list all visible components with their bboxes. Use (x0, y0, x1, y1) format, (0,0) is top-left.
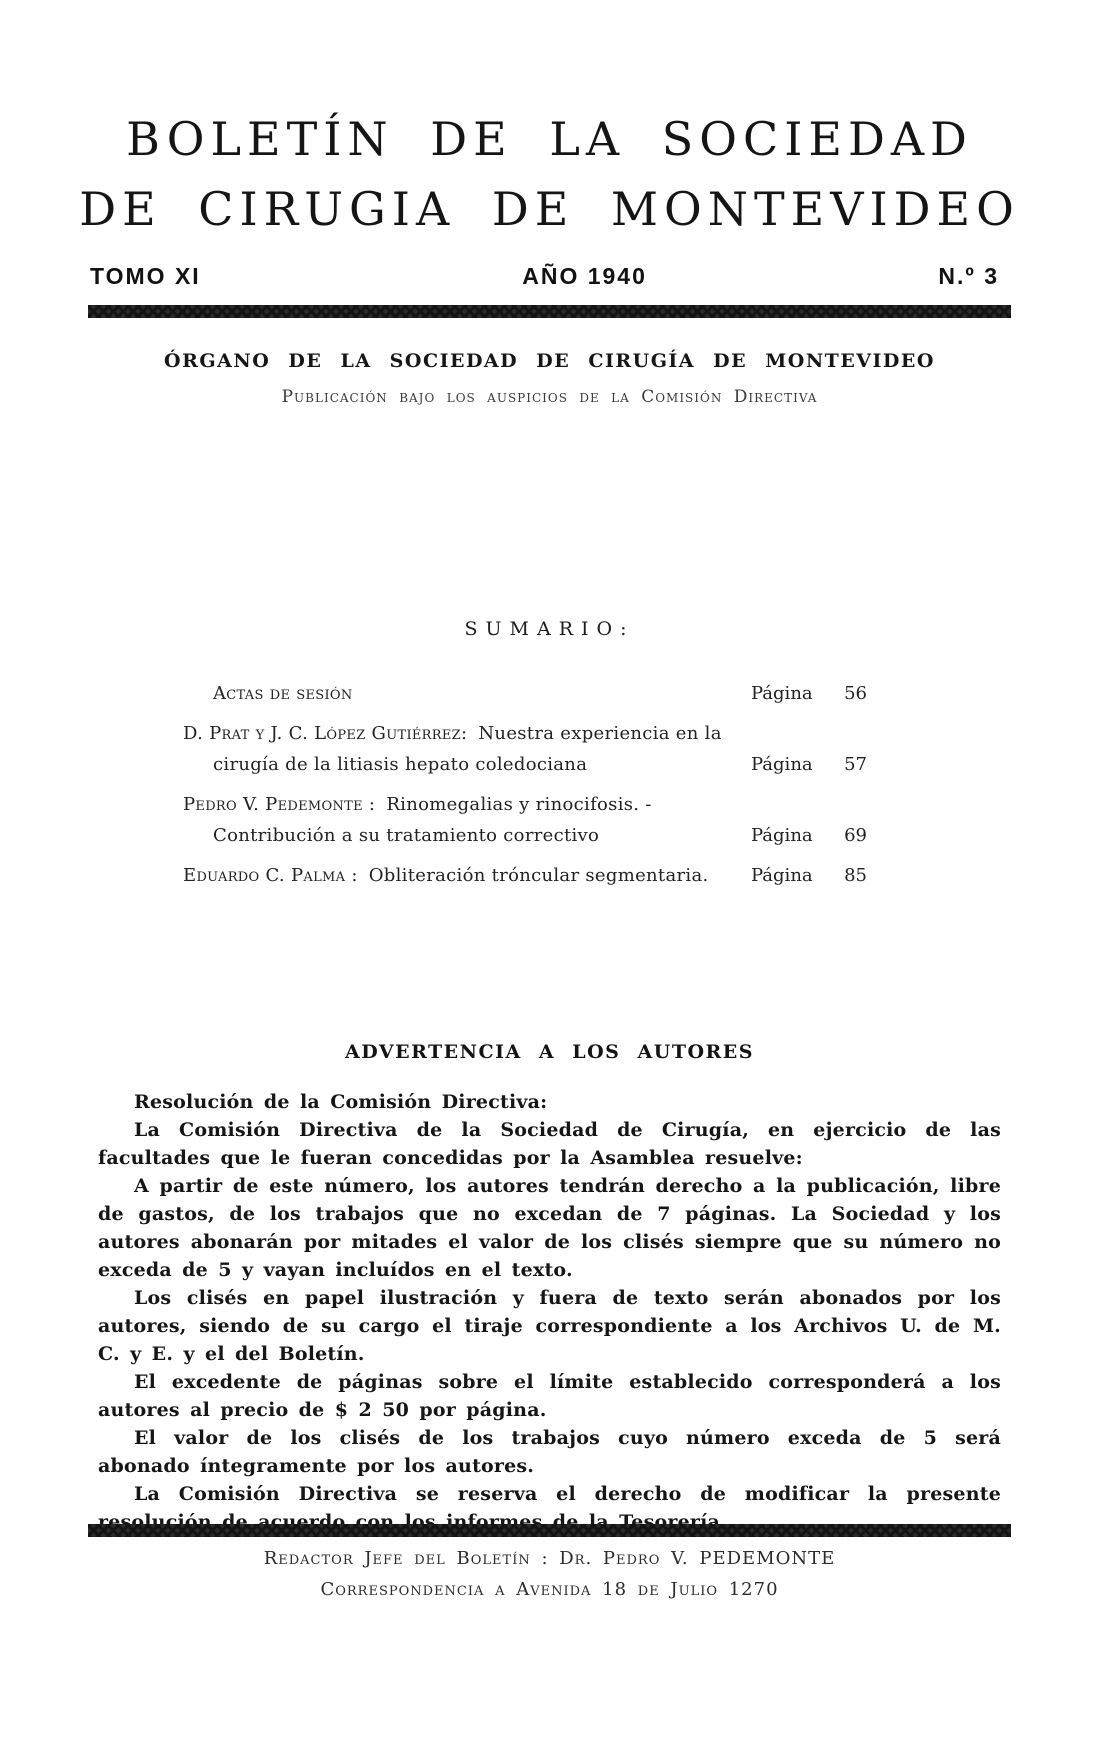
braided-rule-top (88, 305, 1011, 318)
toc-page-label: Página (751, 749, 813, 780)
toc-entry: Actas de sesión Página 56 (183, 678, 867, 709)
toc-entry: D. Prat y J. C. López Gutiérrez: Nuestra… (183, 718, 867, 780)
toc-page-ref: Página 57 (751, 749, 867, 780)
toc-entry-author: Pedro V. Pedemonte : (183, 794, 375, 815)
toc-page-label: Página (751, 678, 813, 709)
table-of-contents: Actas de sesión Página 56 D. Prat y J. C… (183, 678, 867, 900)
toc-page-label: Página (751, 820, 813, 851)
advertencia-paragraph: El valor de los clisés de los trabajos c… (98, 1424, 1001, 1480)
year-label: AÑO 1940 (492, 263, 647, 290)
toc-entry-text: Eduardo C. Palma : Obliteración tróncula… (183, 860, 751, 891)
toc-page-number: 85 (844, 860, 867, 891)
toc-page-label: Página (751, 860, 813, 891)
advertencia-paragraph: A partir de este número, los autores ten… (98, 1172, 1001, 1284)
toc-page-number: 69 (844, 820, 867, 851)
advertencia-paragraph: Los clisés en papel ilustración y fuera … (98, 1284, 1001, 1368)
advertencia-paragraph: El excedente de páginas sobre el límite … (98, 1368, 1001, 1424)
toc-page-ref: Página 56 (751, 678, 867, 709)
issue-meta-row: TOMO XI AÑO 1940 N.º 3 (90, 263, 999, 290)
toc-page-number: 56 (844, 678, 867, 709)
toc-entry-title: Obliteración tróncular segmentaria. (369, 865, 709, 886)
toc-page-ref: Página 69 (751, 820, 867, 851)
journal-cover-page: BOLETÍN DE LA SOCIEDAD DE CIRUGIA DE MON… (0, 0, 1099, 1761)
toc-entry: Eduardo C. Palma : Obliteración tróncula… (183, 860, 867, 891)
sumario-heading: SUMARIO: (0, 618, 1099, 640)
toc-entry-author: D. Prat y J. C. López Gutiérrez: (183, 723, 467, 744)
toc-entry-author: Eduardo C. Palma : (183, 865, 358, 886)
footer-address-line: Correspondencia a Avenida 18 de Julio 12… (0, 1579, 1099, 1600)
advertencia-body: Resolución de la Comisión Directiva: La … (98, 1088, 1001, 1536)
footer-editor-line: Redactor Jefe del Boletín : Dr. Pedro V.… (0, 1548, 1099, 1569)
organ-line: ÓRGANO DE LA SOCIEDAD DE CIRUGÍA DE MONT… (0, 350, 1099, 372)
toc-entry-text: Actas de sesión (183, 678, 751, 709)
advertencia-paragraph: La Comisión Directiva de la Sociedad de … (98, 1116, 1001, 1172)
journal-title-line2: DE CIRUGIA DE MONTEVIDEO (0, 174, 1099, 244)
toc-entry-text: Pedro V. Pedemonte : Rinomegalias y rino… (183, 789, 751, 851)
toc-entry: Pedro V. Pedemonte : Rinomegalias y rino… (183, 789, 867, 851)
journal-title-line1: BOLETÍN DE LA SOCIEDAD (0, 104, 1099, 174)
issue-number-label: N.º 3 (938, 263, 999, 290)
toc-page-ref: Página 85 (751, 860, 867, 891)
toc-entry-text: D. Prat y J. C. López Gutiérrez: Nuestra… (183, 718, 751, 780)
auspices-line: Publicación bajo los auspicios de la Com… (0, 387, 1099, 407)
advertencia-heading: ADVERTENCIA A LOS AUTORES (0, 1041, 1099, 1063)
masthead: BOLETÍN DE LA SOCIEDAD DE CIRUGIA DE MON… (0, 104, 1099, 244)
braided-rule-bottom (88, 1524, 1011, 1537)
toc-entry-author: Actas de sesión (213, 683, 353, 704)
advertencia-paragraph: Resolución de la Comisión Directiva: (98, 1088, 1001, 1116)
volume-label: TOMO XI (90, 263, 201, 290)
toc-page-number: 57 (844, 749, 867, 780)
